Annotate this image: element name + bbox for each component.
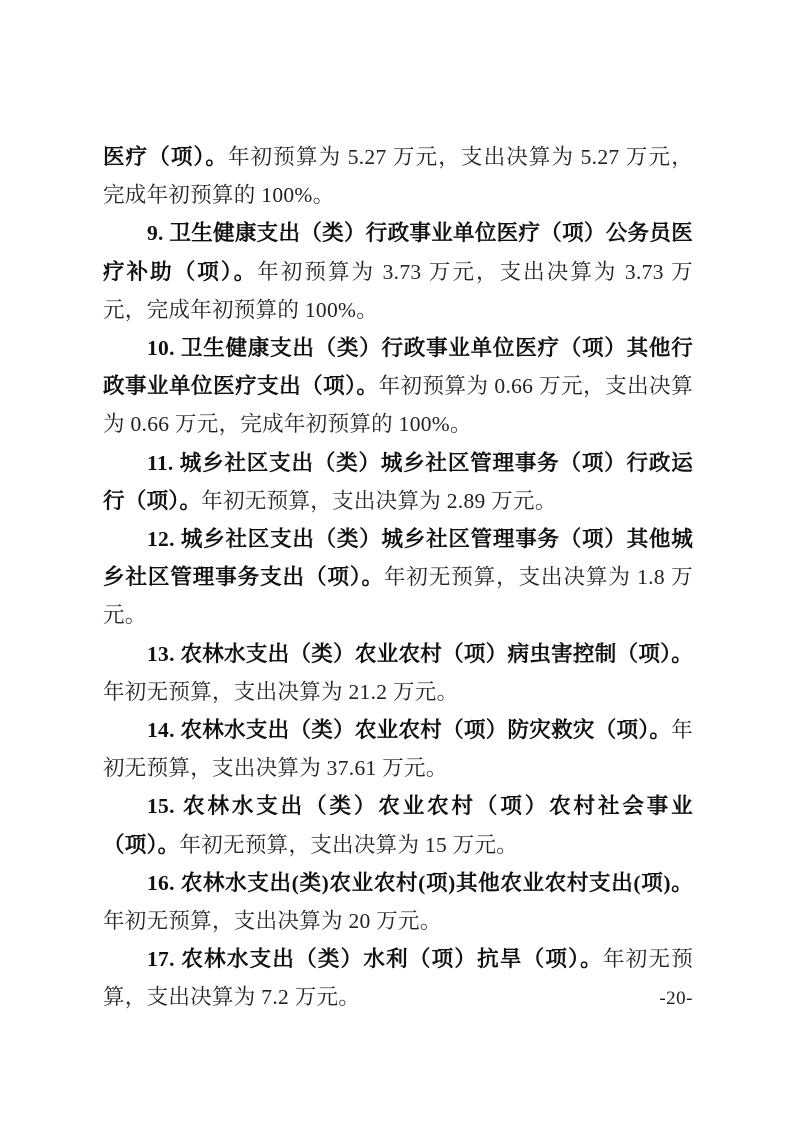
paragraph-lead: 13. 农林水支出（类）农业农村（项）病虫害控制（项）。	[147, 642, 693, 666]
paragraph-body: 年初无预算，支出决算为 15 万元。	[179, 833, 518, 857]
paragraph-lead: 14. 农林水支出（类）农业农村（项）防灾救灾（项）。	[147, 718, 671, 742]
paragraph: 9. 卫生健康支出（类）行政事业单位医疗（项）公务员医疗补助（项）。年初预算为 …	[103, 214, 693, 329]
paragraph: 14. 农林水支出（类）农业农村（项）防灾救灾（项）。年初无预算，支出决算为 3…	[103, 711, 693, 787]
paragraph-body: 年初无预算，支出决算为 20 万元。	[103, 909, 442, 933]
paragraph: 15. 农林水支出（类）农业农村（项）农村社会事业（项）。年初无预算，支出决算为…	[103, 787, 693, 863]
paragraph-body: 年初无预算，支出决算为 21.2 万元。	[103, 680, 458, 704]
page-number: -20-	[659, 988, 693, 1010]
paragraph: 11. 城乡社区支出（类）城乡社区管理事务（项）行政运行（项）。年初无预算，支出…	[103, 444, 693, 520]
paragraph: 医疗（项）。年初预算为 5.27 万元，支出决算为 5.27 万元，完成年初预算…	[103, 138, 693, 214]
paragraph-lead: 医疗（项）。	[103, 145, 228, 169]
paragraph: 12. 城乡社区支出（类）城乡社区管理事务（项）其他城乡社区管理事务支出（项）。…	[103, 520, 693, 635]
document-page: 医疗（项）。年初预算为 5.27 万元，支出决算为 5.27 万元，完成年初预算…	[0, 0, 793, 1122]
document-body: 医疗（项）。年初预算为 5.27 万元，支出决算为 5.27 万元，完成年初预算…	[103, 138, 693, 1017]
paragraph-body: 年初无预算，支出决算为 2.89 万元。	[201, 489, 556, 513]
paragraph: 13. 农林水支出（类）农业农村（项）病虫害控制（项）。年初无预算，支出决算为 …	[103, 635, 693, 711]
paragraph: 17. 农林水支出（类）水利（项）抗旱（项）。年初无预算，支出决算为 7.2 万…	[103, 940, 693, 1016]
paragraph: 16. 农林水支出(类)农业农村(项)其他农业农村支出(项)。年初无预算，支出决…	[103, 864, 693, 940]
paragraph-lead: 17. 农林水支出（类）水利（项）抗旱（项）。	[147, 947, 603, 971]
paragraph-lead: 16. 农林水支出(类)农业农村(项)其他农业农村支出(项)。	[147, 871, 693, 895]
paragraph: 10. 卫生健康支出（类）行政事业单位医疗（项）其他行政事业单位医疗支出（项）。…	[103, 329, 693, 444]
